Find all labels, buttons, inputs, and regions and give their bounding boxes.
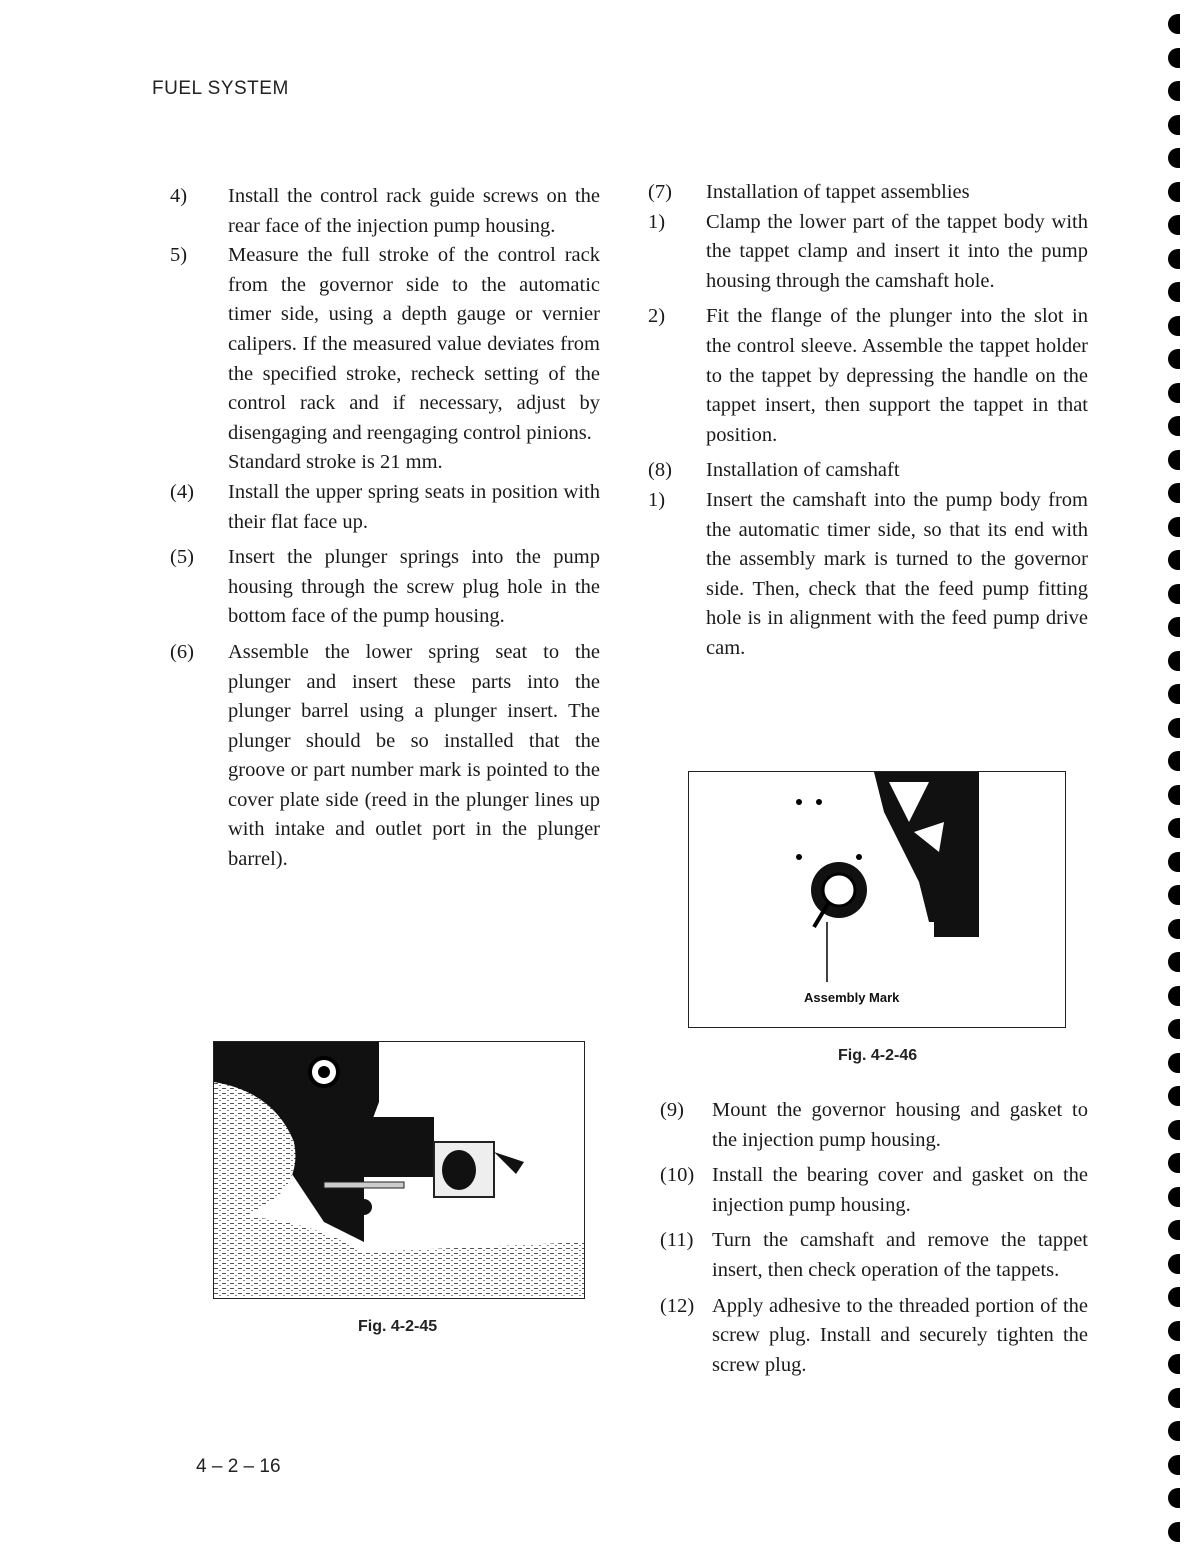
step-number: (12) bbox=[660, 1292, 712, 1381]
step-number: (9) bbox=[660, 1096, 712, 1155]
binding-hole-icon bbox=[1168, 148, 1180, 168]
binding-holes bbox=[1160, 0, 1190, 1544]
binding-hole-icon bbox=[1168, 751, 1180, 771]
binding-hole-icon bbox=[1168, 1522, 1180, 1542]
binding-hole-icon bbox=[1168, 1053, 1180, 1073]
step-number: 5) bbox=[170, 241, 228, 478]
page-number: 4 – 2 – 16 bbox=[196, 1456, 281, 1478]
binding-hole-icon bbox=[1168, 718, 1180, 738]
right-column-continued: (9) Mount the governor housing and gaske… bbox=[660, 1096, 1088, 1386]
section-header: FUEL SYSTEM bbox=[152, 78, 289, 100]
binding-hole-icon bbox=[1168, 483, 1180, 503]
figure-callout-label: Assembly Mark bbox=[804, 990, 899, 1005]
step-item: (4) Install the upper spring seats in po… bbox=[170, 478, 600, 537]
binding-hole-icon bbox=[1168, 617, 1180, 637]
binding-hole-icon bbox=[1168, 1153, 1180, 1173]
binding-hole-icon bbox=[1168, 1254, 1180, 1274]
binding-hole-icon bbox=[1168, 316, 1180, 336]
binding-hole-icon bbox=[1168, 1488, 1180, 1508]
binding-hole-icon bbox=[1168, 249, 1180, 269]
photo-illustration-icon bbox=[689, 772, 1065, 1027]
section-heading: (8) Installation of camshaft bbox=[648, 456, 1088, 486]
step-item: (6) Assemble the lower spring seat to th… bbox=[170, 638, 600, 875]
step-text: Insert the camshaft into the pump body f… bbox=[706, 486, 1088, 664]
binding-hole-icon bbox=[1168, 383, 1180, 403]
step-text: Turn the camshaft and remove the tappet … bbox=[712, 1226, 1088, 1285]
step-text: Insert the plunger springs into the pump… bbox=[228, 543, 600, 632]
step-item: (9) Mount the governor housing and gaske… bbox=[660, 1096, 1088, 1155]
binding-hole-icon bbox=[1168, 919, 1180, 939]
step-text: Install the upper spring seats in positi… bbox=[228, 478, 600, 537]
step-number: (6) bbox=[170, 638, 228, 875]
binding-hole-icon bbox=[1168, 1220, 1180, 1240]
step-number: (7) bbox=[648, 178, 706, 208]
binding-hole-icon bbox=[1168, 182, 1180, 202]
step-number: (10) bbox=[660, 1161, 712, 1220]
step-number: 1) bbox=[648, 486, 706, 664]
binding-hole-icon bbox=[1168, 651, 1180, 671]
binding-hole-icon bbox=[1168, 1321, 1180, 1341]
binding-hole-icon bbox=[1168, 450, 1180, 470]
binding-hole-icon bbox=[1168, 550, 1180, 570]
step-text: Measure the full stroke of the control r… bbox=[228, 241, 600, 448]
binding-hole-icon bbox=[1168, 1086, 1180, 1106]
step-text: Fit the flange of the plunger into the s… bbox=[706, 302, 1088, 450]
binding-hole-icon bbox=[1168, 1187, 1180, 1207]
step-note: Standard stroke is 21 mm. bbox=[228, 448, 600, 478]
photo-illustration-icon bbox=[214, 1042, 584, 1298]
binding-hole-icon bbox=[1168, 115, 1180, 135]
figure-caption: Fig. 4-2-45 bbox=[358, 1318, 437, 1336]
binding-hole-icon bbox=[1168, 1455, 1180, 1475]
binding-hole-icon bbox=[1168, 1421, 1180, 1441]
step-number: 1) bbox=[648, 208, 706, 297]
step-item: 4) Install the control rack guide screws… bbox=[170, 182, 600, 241]
step-item: 1) Clamp the lower part of the tappet bo… bbox=[648, 208, 1088, 297]
binding-hole-icon bbox=[1168, 349, 1180, 369]
binding-hole-icon bbox=[1168, 885, 1180, 905]
section-heading: (7) Installation of tappet assemblies bbox=[648, 178, 1088, 208]
binding-hole-icon bbox=[1168, 952, 1180, 972]
binding-hole-icon bbox=[1168, 785, 1180, 805]
binding-hole-icon bbox=[1168, 215, 1180, 235]
figure-photo-plunger-insert bbox=[213, 1041, 585, 1299]
step-item: 2) Fit the flange of the plunger into th… bbox=[648, 302, 1088, 450]
step-item: (12) Apply adhesive to the threaded port… bbox=[660, 1292, 1088, 1381]
binding-hole-icon bbox=[1168, 517, 1180, 537]
binding-hole-icon bbox=[1168, 986, 1180, 1006]
right-column: (7) Installation of tappet assemblies 1)… bbox=[648, 178, 1088, 670]
binding-hole-icon bbox=[1168, 584, 1180, 604]
binding-hole-icon bbox=[1168, 852, 1180, 872]
binding-hole-icon bbox=[1168, 1354, 1180, 1374]
figure-caption: Fig. 4-2-46 bbox=[838, 1047, 917, 1065]
binding-hole-icon bbox=[1168, 1388, 1180, 1408]
binding-hole-icon bbox=[1168, 1019, 1180, 1039]
step-item: 5) Measure the full stroke of the contro… bbox=[170, 241, 600, 478]
binding-hole-icon bbox=[1168, 81, 1180, 101]
step-number: (5) bbox=[170, 543, 228, 632]
figure-photo-camshaft-assembly-mark: Assembly Mark bbox=[688, 771, 1066, 1028]
step-text: Installation of camshaft bbox=[706, 456, 1088, 486]
binding-hole-icon bbox=[1168, 1287, 1180, 1307]
step-text: Installation of tappet assemblies bbox=[706, 178, 1088, 208]
binding-hole-icon bbox=[1168, 416, 1180, 436]
binding-hole-icon bbox=[1168, 818, 1180, 838]
step-number: (11) bbox=[660, 1226, 712, 1285]
step-number: 2) bbox=[648, 302, 706, 450]
left-column: 4) Install the control rack guide screws… bbox=[170, 182, 600, 881]
binding-hole-icon bbox=[1168, 14, 1180, 34]
binding-hole-icon bbox=[1168, 1120, 1180, 1140]
step-text: Install the control rack guide screws on… bbox=[228, 182, 600, 241]
step-item: (10) Install the bearing cover and gaske… bbox=[660, 1161, 1088, 1220]
step-item: (11) Turn the camshaft and remove the ta… bbox=[660, 1226, 1088, 1285]
step-text: Clamp the lower part of the tappet body … bbox=[706, 208, 1088, 297]
step-text: Apply adhesive to the threaded portion o… bbox=[712, 1292, 1088, 1381]
step-number: (4) bbox=[170, 478, 228, 537]
binding-hole-icon bbox=[1168, 684, 1180, 704]
step-item: (5) Insert the plunger springs into the … bbox=[170, 543, 600, 632]
step-item: 1) Insert the camshaft into the pump bod… bbox=[648, 486, 1088, 664]
step-number: (8) bbox=[648, 456, 706, 486]
binding-hole-icon bbox=[1168, 282, 1180, 302]
step-text: Assemble the lower spring seat to the pl… bbox=[228, 638, 600, 875]
step-text: Mount the governor housing and gasket to… bbox=[712, 1096, 1088, 1155]
step-text: Install the bearing cover and gasket on … bbox=[712, 1161, 1088, 1220]
binding-hole-icon bbox=[1168, 48, 1180, 68]
step-number: 4) bbox=[170, 182, 228, 241]
